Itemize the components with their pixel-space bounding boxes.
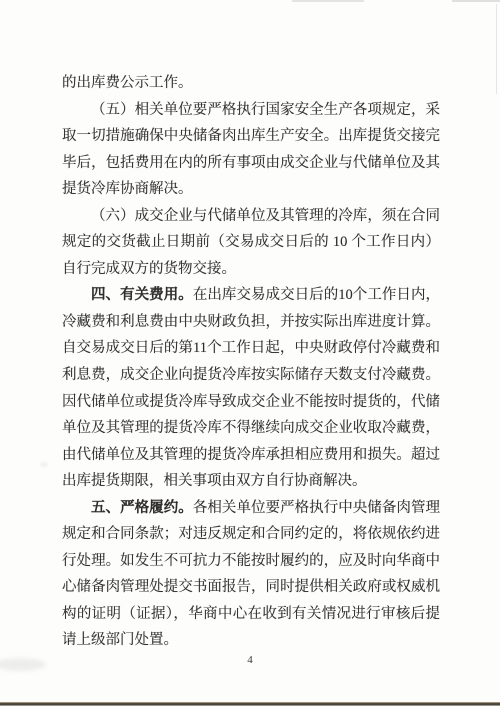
document-line: 五、严格履约。各相关单位要严格执行中央储备肉管理: [62, 495, 440, 522]
document-line: 规定和合同条款；对违反规定和合同约定的，将依规依约进: [62, 521, 440, 548]
document-line: （六）成交企业与代储单位及其管理的冷库，须在合同: [62, 203, 440, 230]
scan-artifact-right-edge: [496, 4, 497, 94]
document-page: 的出库费公示工作。（五）相关单位要严格执行国家安全生产各项规定，采取一切措施确保…: [0, 0, 500, 710]
document-line: 心储备肉管理处提交书面报告，同时提供相关政府或权威机: [62, 574, 440, 601]
document-line: 毕后，包括费用在内的所有事项由成交企业与代储单位及其: [62, 150, 440, 177]
document-line: 的出库费公示工作。: [62, 70, 440, 97]
document-line: 提货冷库协商解决。: [62, 176, 440, 203]
scan-artifact-top-dash: [292, 0, 364, 2]
section-heading: 五、严格履约。: [91, 500, 193, 516]
section-heading: 四、有关费用。: [91, 287, 193, 303]
document-line: 自行完成双方的货物交接。: [62, 256, 440, 283]
document-line: 自交易成交日后的第11个工作日起，中央财政停付冷藏费和: [62, 335, 440, 362]
document-line: 冷藏费和利息费由中央财政负担，并按实际出库进度计算。: [62, 309, 440, 336]
document-line: （五）相关单位要严格执行国家安全生产各项规定，采: [62, 97, 440, 124]
document-line: 因代储单位或提货冷库导致成交企业不能按时提货的，代储: [62, 389, 440, 416]
document-line: 由代储单位及其管理的提货冷库承担相应费用和损失。超过: [62, 442, 440, 469]
document-line: 行处理。如发生不可抗力不能按时履约的，应及时向华商中: [62, 548, 440, 575]
document-text-block: 的出库费公示工作。（五）相关单位要严格执行国家安全生产各项规定，采取一切措施确保…: [62, 70, 440, 654]
document-line: 单位及其管理的提货冷库不得继续向成交企业收取冷藏费，: [62, 415, 440, 442]
document-line: 出库提货期限，相关事项由双方自行协商解决。: [62, 468, 440, 495]
document-line: 构的证明（证据），华商中心在收到有关情况进行审核后提: [62, 601, 440, 628]
document-line: 请上级部门处置。: [62, 627, 440, 654]
page-number: 4: [0, 654, 500, 666]
document-line: 取一切措施确保中央储备肉出库生产安全。出库提货交接完: [62, 123, 440, 150]
scan-artifact-top-dash: [452, 0, 500, 2]
document-line: 规定的交货截止日期前（交易成交日后的 10 个工作日内）: [62, 229, 440, 256]
scan-edge-line: [0, 702, 500, 706]
scan-artifact-speck: [40, 462, 48, 467]
document-line: 利息费，成交企业向提货冷库按实际储存天数支付冷藏费。: [62, 362, 440, 389]
document-line: 四、有关费用。在出库交易成交日后的10个工作日内，: [62, 282, 440, 309]
